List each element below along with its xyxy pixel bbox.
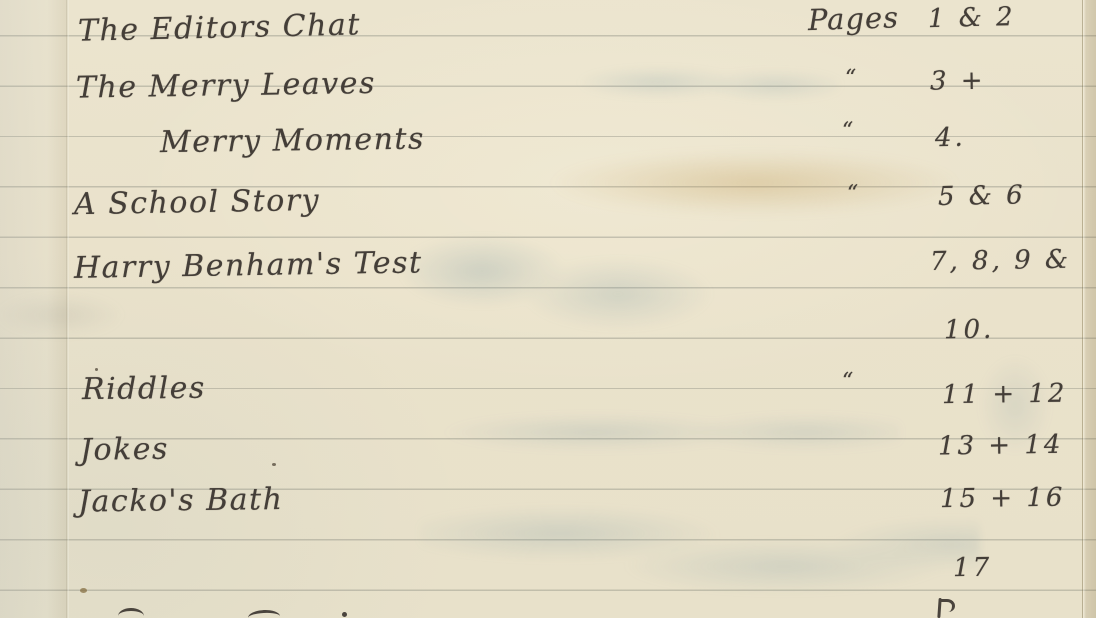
entry-pages: 13 + 14 [938,430,1064,462]
entry-title: Harry Benham's Test [74,245,423,285]
entry-title: Merry Moments [160,121,425,160]
entry-title: Riddles [82,371,206,408]
toc-row: Merry Moments “ 4. [0,119,1096,171]
entry-title: A School Story [74,183,321,222]
entry-pages: 15 + 16 [940,483,1066,515]
entry-title: The Editors Chat [78,7,362,48]
toc-row: 10. [0,312,1096,358]
entry-pages: 11 + 12 [942,379,1068,411]
toc-row: Jokes 13 + 14 [0,427,1096,479]
pages-label: Pages [807,0,899,37]
entry-pages: 5 & 6 [938,180,1026,212]
entry-pages: 10. [944,315,995,345]
ditto-mark: “ [842,369,855,394]
ink-speck [272,463,276,466]
ink-speck [95,368,98,371]
entry-pages: 4. [935,123,966,153]
ink-speck [80,588,87,593]
toc-row: A School Story “ 5 & 6 [0,177,1096,233]
toc-row: The Merry Leaves “ 3 + [0,62,1096,116]
entry-pages: 1 & 2 [928,2,1016,34]
toc-row: Harry Benham's Test 7, 8, 9 & [0,242,1096,296]
entry-title: Jokes [80,432,169,468]
toc-row: Jacko's Bath 15 + 16 [0,480,1096,530]
entry-pages: 3 + [930,66,986,97]
entry-pages: 17 [953,553,992,583]
entry-pages: 7, 8, 9 & [930,245,1072,277]
ditto-mark: “ [842,118,855,143]
ditto-mark: “ [847,181,860,206]
entry-title: The Merry Leaves [76,66,376,106]
toc-row: 17 [0,550,1096,596]
ditto-mark: “ [845,66,858,91]
notebook-page: The Editors Chat Pages 1 & 2 The Merry L… [0,0,1096,618]
toc-row: Riddles “ 11 + 12 [0,368,1096,418]
entry-title: Jacko's Bath [78,482,284,520]
